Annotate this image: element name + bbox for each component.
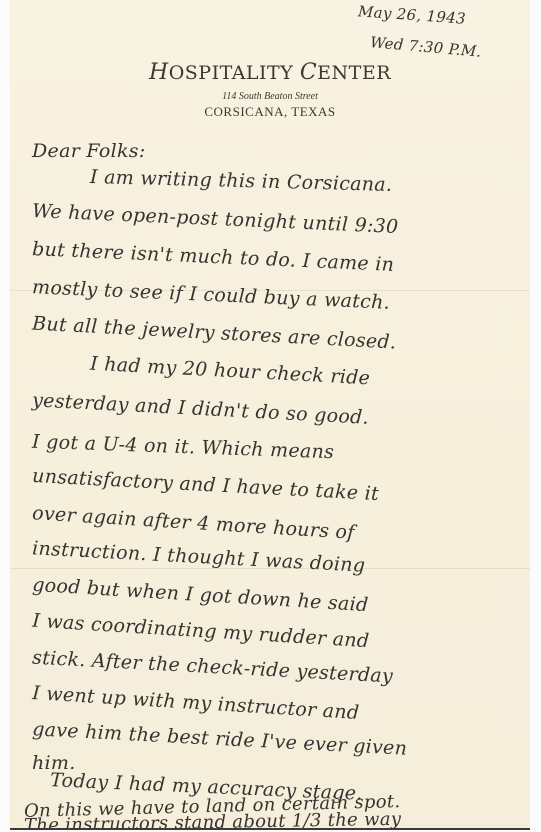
letter-line: instruction. I thought I was doing (32, 537, 366, 576)
letter-line: mostly to see if I could buy a watch. (32, 276, 391, 314)
letterhead-initial: H (149, 60, 169, 85)
letter-line: stick. After the check-ride yesterday (32, 647, 394, 688)
letterhead-street: 114 South Beaton Street (10, 91, 530, 102)
date-line: May 26, 1943 (358, 2, 467, 27)
time-line: Wed 7:30 P.M. (369, 33, 482, 61)
letterhead-city: CORSICANA, TEXAS (10, 104, 530, 120)
letter-paper: HOSPITALITY CENTER 114 South Beaton Stre… (10, 0, 530, 828)
letter-line: But all the jewelry stores are closed. (32, 312, 397, 353)
salutation: Dear Folks: (32, 140, 146, 162)
letter-line: yesterday and I didn't do so good. (32, 389, 370, 429)
letterhead-word: OSPITALITY (169, 62, 300, 84)
letterhead-word: ENTER (317, 62, 391, 84)
letter-line: I am writing this in Corsicana. (90, 166, 393, 196)
letter-line: good but when I got down he said (32, 574, 369, 617)
letter-line: I was coordinating my rudder and (32, 610, 370, 653)
letter-line: I had my 20 hour check ride (90, 353, 371, 390)
letter-line: but there isn't much to do. I came in (32, 238, 395, 276)
letter-line: I went up with my instructor and (32, 682, 360, 724)
letter-line: unsatisfactory and I have to take it (32, 465, 380, 505)
letter-line: gave him the best ride I've ever given (32, 718, 408, 760)
letter-line: I got a U-4 on it. Which means (32, 431, 335, 464)
letterhead-initial: C (300, 60, 317, 85)
letter-line: We have open-post tonight until 9:30 (32, 200, 399, 238)
letter-line: over again after 4 more hours of (32, 502, 356, 544)
letterhead-title: HOSPITALITY CENTER (10, 60, 530, 85)
